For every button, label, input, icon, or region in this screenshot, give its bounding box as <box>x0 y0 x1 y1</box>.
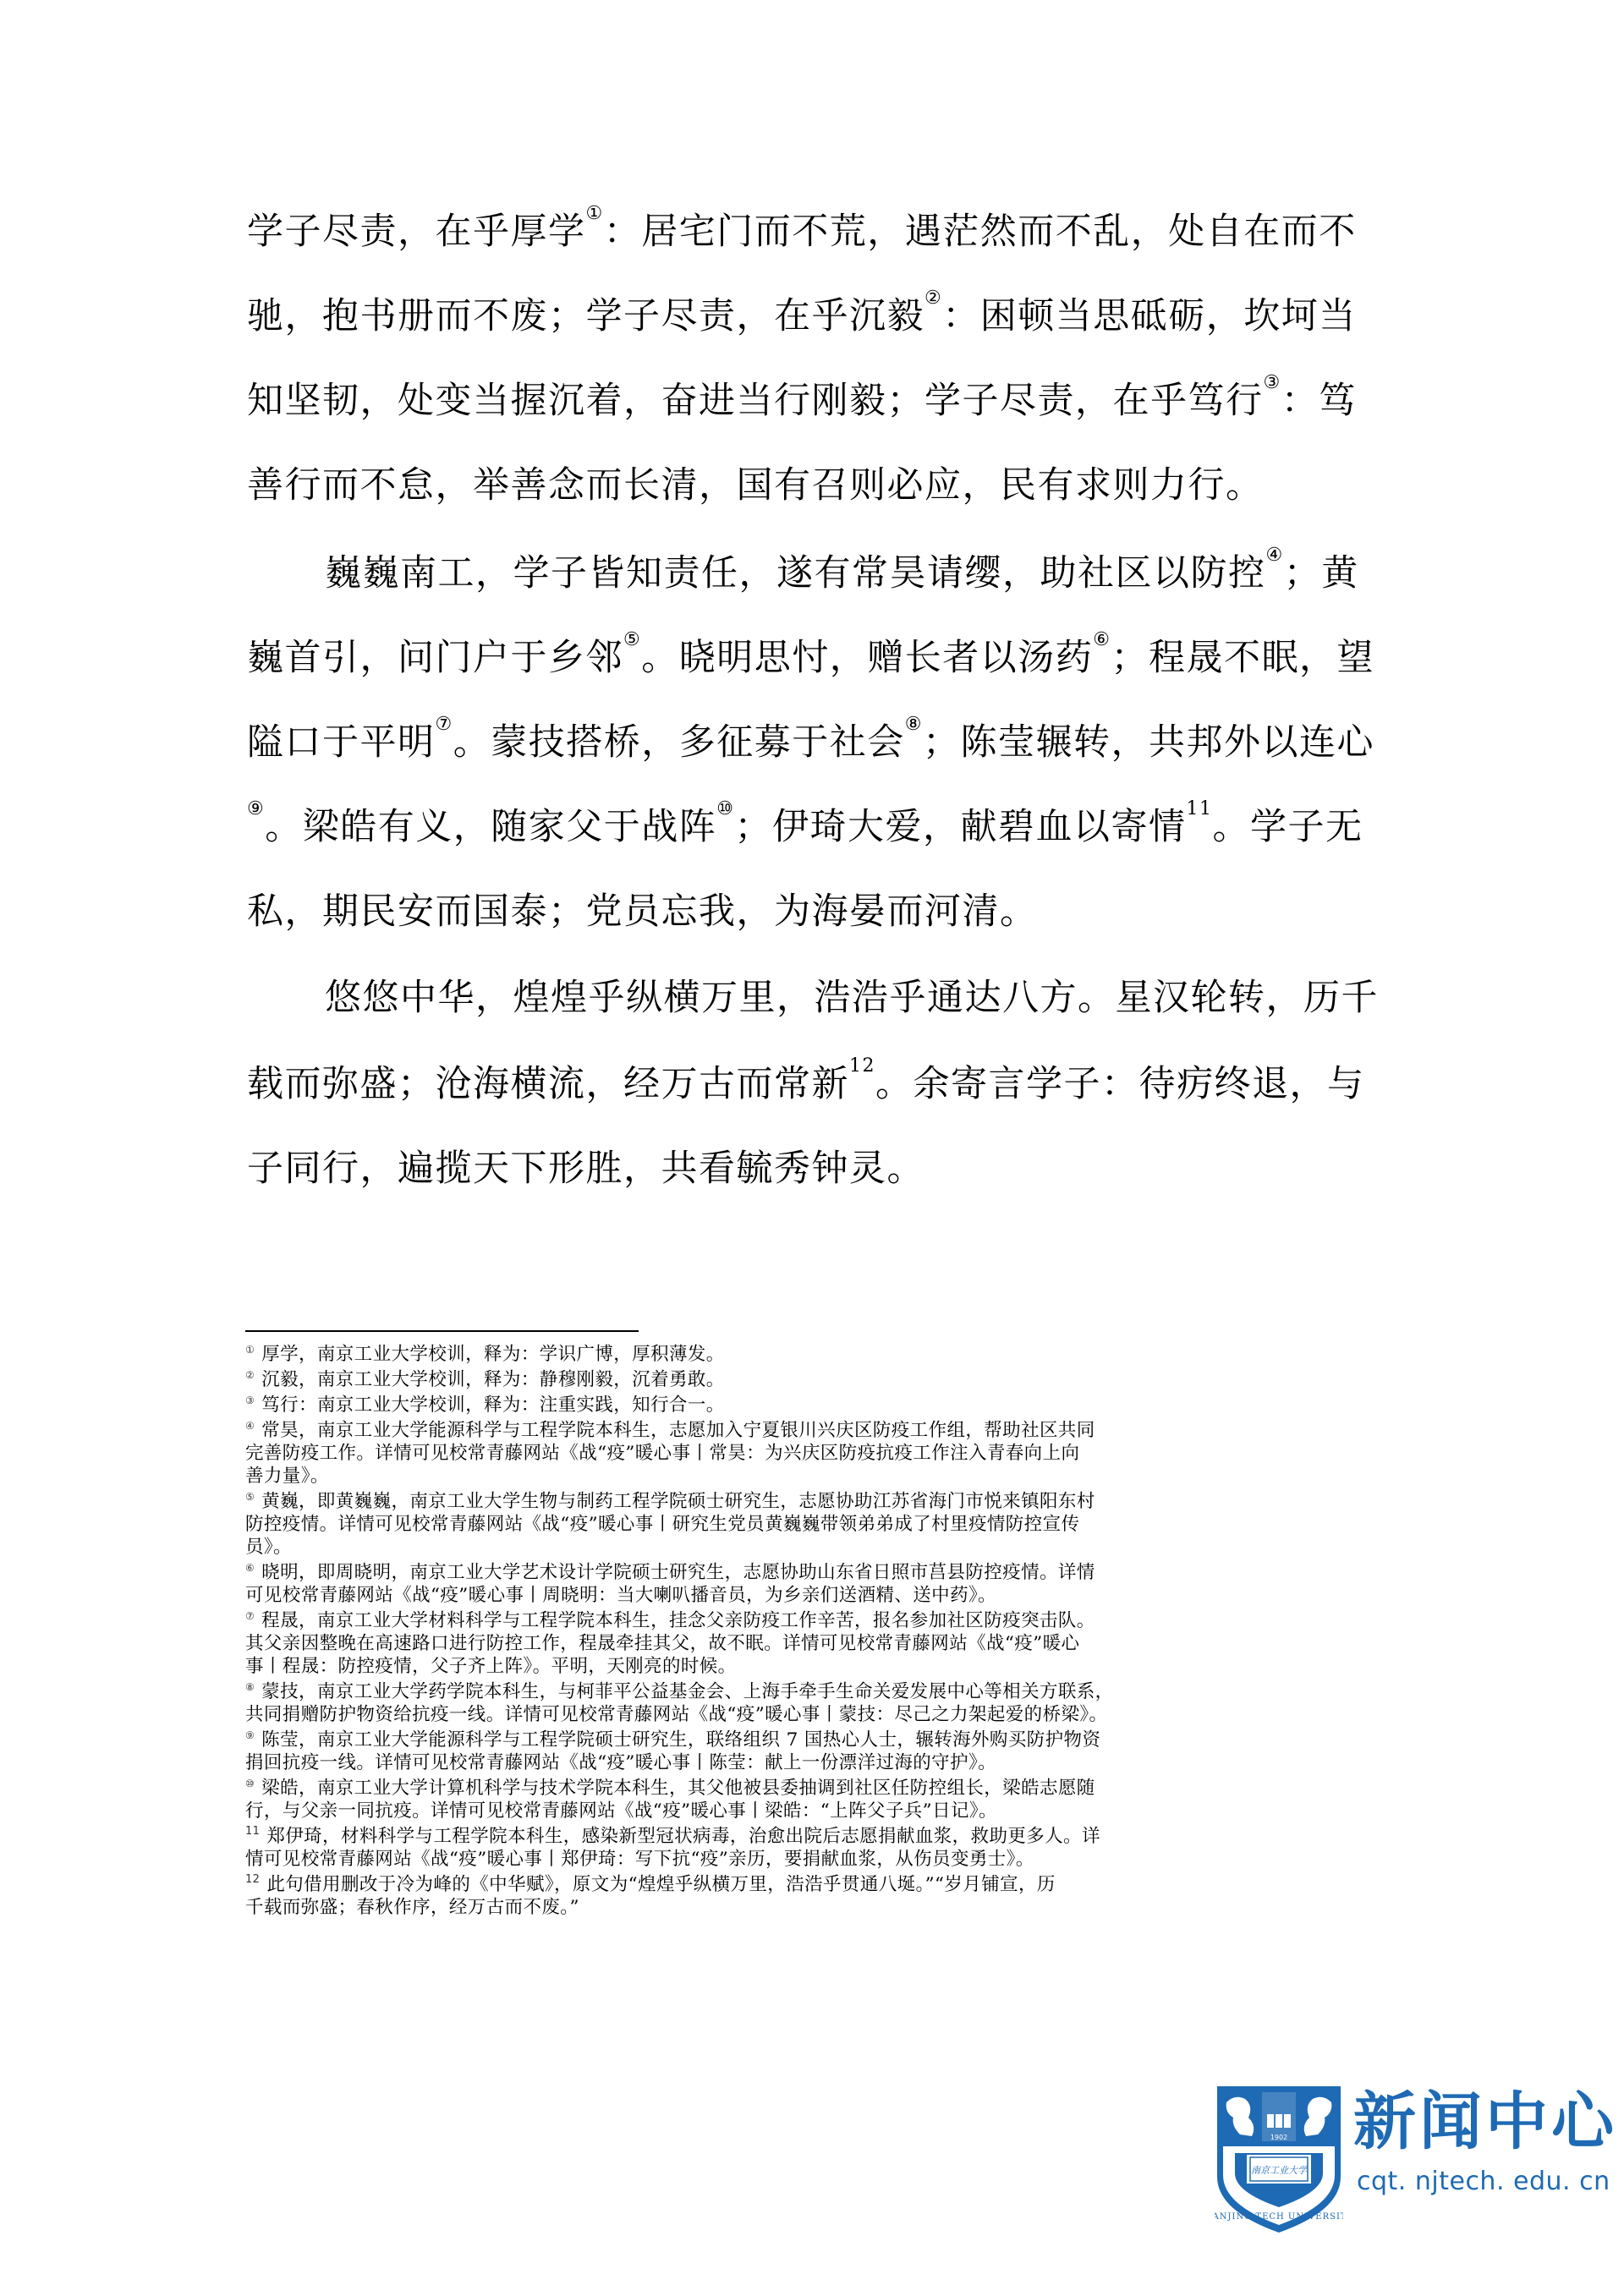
footnote-reference[interactable]: ⑨ <box>247 798 265 819</box>
body-text-segment: ；伊琦大爱，献碧血以寄情 <box>734 806 1186 848</box>
footnote-text: 晓明，即周晓明，南京工业大学艺术设计学院硕士研究生，志愿协助山东省日照市莒县防控… <box>261 1562 1095 1583</box>
body-text-segment: 。蒙技搭桥，多征募于社会 <box>453 721 905 764</box>
footnote-line: ⑨陈莹，南京工业大学能源科学与工程学院硕士研究生，联络组织 7 国热心人士，辗转… <box>245 1729 1383 1751</box>
footnote-line: ②沉毅，南京工业大学校训，释为：静穆刚毅，沉着勇敢。 <box>245 1368 1383 1391</box>
body-line: 巍首引，问门户于乡邻⑤。晓明思忖，赠长者以汤药⑥；程晟不眠，望 <box>247 633 1380 683</box>
footnote-text: 黄巍，即黄巍巍，南京工业大学生物与制药工程学院硕士研究生，志愿协助江苏省海门市悦… <box>261 1491 1095 1512</box>
body-text-segment: 学子尽责，在乎厚学 <box>247 211 586 253</box>
body-line: 悠悠中华，煌煌乎纵横万里，浩浩乎通达八方。星汉轮转，历千 <box>325 973 1458 1023</box>
body-text-segment: ；陈莹辗转，共邦外以连心 <box>923 721 1374 764</box>
body-text-segment: 善行而不怠，举善念而长清，国有召则必应，民有求则力行。 <box>247 464 1264 507</box>
footnote-line: 善力量》。 <box>245 1465 1383 1488</box>
body-text-segment: 私，期民安而国泰；党员忘我，为海晏而河清。 <box>247 890 1038 933</box>
footnote-line: 行，与父亲一同抗疫。详情可见校常青藤网站《战“疫”暖心事丨梁皓：“上阵父子兵”日… <box>245 1800 1383 1822</box>
footnote-reference[interactable]: ⑥ <box>1093 629 1111 650</box>
footnote-marker: ④ <box>245 1420 255 1432</box>
footnote-line: ①厚学，南京工业大学校训，释为：学识广博，厚积薄发。 <box>245 1343 1383 1366</box>
footnote-reference[interactable]: 11 <box>1186 798 1212 819</box>
footnote-marker: ⑩ <box>245 1778 255 1789</box>
body-text-segment: ；黄 <box>1284 552 1359 595</box>
nanjing-tech-university-shield-icon: 南京工业大学 1902 NANJING TECH UNIVERSITY <box>1215 2084 1343 2234</box>
footnote-line: 共同捐赠防护物资给抗疫一线。详情可见校常青藤网站《战“疫”暖心事丨蒙技：尽己之力… <box>245 1703 1383 1726</box>
body-text-segment: 。梁皓有义，随家父于战阵 <box>265 806 716 848</box>
body-text-segment: 隘口于平明 <box>247 721 436 764</box>
news-center-url: cqt. njtech. edu. cn <box>1357 2167 1610 2197</box>
document-page: 学子尽责，在乎厚学①：居宅门而不荒，遇茫然而不乱，处自在而不驰，抱书册而不废；学… <box>0 0 1624 2296</box>
footnote-line: 事丨程晟：防控疫情，父子齐上阵》。平明，天刚亮的时候。 <box>245 1655 1383 1678</box>
footnote-marker: ⑧ <box>245 1681 255 1693</box>
footnote-marker: 12 <box>245 1873 260 1886</box>
footnote-text: 此句借用删改于冷为峰的《中华赋》，原文为“煌煌乎纵横万里，浩浩乎贯通八埏。”“岁… <box>266 1874 1055 1895</box>
footnote-line: 千载而弥盛；春秋作序，经万古而不废。” <box>245 1896 1383 1919</box>
footnote-text: 行，与父亲一同抗疫。详情可见校常青藤网站《战“疫”暖心事丨梁皓：“上阵父子兵”日… <box>245 1800 997 1822</box>
footnote-text: 员》。 <box>245 1537 292 1558</box>
footnote-line: ⑥晓明，即周晓明，南京工业大学艺术设计学院硕士研究生，志愿协助山东省日照市莒县防… <box>245 1561 1383 1584</box>
footnote-line: 情可见校常青藤网站《战“疫”暖心事丨郑伊琦：写下抗“疫”亲历，要捐献血浆，从伤员… <box>245 1848 1383 1871</box>
footnote-reference[interactable]: ⑩ <box>716 798 734 819</box>
footnote-marker: ② <box>245 1369 255 1381</box>
body-text-segment: 驰，抱书册而不废；学子尽责，在乎沉毅 <box>247 295 924 337</box>
footnote-text: 厚学，南京工业大学校训，释为：学识广博，厚积薄发。 <box>261 1344 725 1365</box>
svg-text:1902: 1902 <box>1270 2134 1287 2141</box>
body-line: 子同行，遍揽天下形胜，共看毓秀钟灵。 <box>247 1143 1380 1194</box>
footnote-line: 防控疫情。详情可见校常青藤网站《战“疫”暖心事丨研究生党员黄巍巍带领弟弟成了村里… <box>245 1513 1383 1536</box>
footnote-line: ⑧蒙技，南京工业大学药学院本科生，与柯菲平公益基金会、上海手牵手生命关爱发展中心… <box>245 1680 1383 1703</box>
footnote-text: 蒙技，南京工业大学药学院本科生，与柯菲平公益基金会、上海手牵手生命关爱发展中心等… <box>261 1681 1113 1702</box>
footnote-text: 事丨程晟：防控疫情，父子齐上阵》。平明，天刚亮的时候。 <box>245 1656 737 1677</box>
footnote-text: 陈莹，南京工业大学能源科学与工程学院硕士研究生，联络组织 7 国热心人士，辗转海… <box>261 1729 1100 1751</box>
footnote-text: 程晟，南京工业大学材料科学与工程学院本科生，挂念父亲防疫工作辛苦，报名参加社区防… <box>261 1610 1095 1631</box>
body-text-segment: 。学子无 <box>1212 806 1363 848</box>
footnote-line: 完善防疫工作。详情可见校常青藤网站《战“疫”暖心事丨常昊：为兴庆区防疫抗疫工作注… <box>245 1442 1383 1465</box>
footnote-line: 可见校常青藤网站《战“疫”暖心事丨周晓明：当大喇叭播音员，为乡亲们送酒精、送中药… <box>245 1584 1383 1607</box>
footnote-text: 其父亲因整晚在高速路口进行防控工作，程晟牵挂其父，故不眠。详情可见校常青藤网站《… <box>245 1633 1079 1654</box>
footnote-marker: ⑦ <box>245 1610 255 1622</box>
footnote-reference[interactable]: ⑧ <box>905 714 923 735</box>
footnote-reference[interactable]: 12 <box>849 1055 875 1077</box>
body-text-segment: 巍首引，问门户于乡邻 <box>247 637 623 679</box>
body-text-segment: ：困顿当思砥砺，坎坷当 <box>942 295 1357 337</box>
footnote-text: 善力量》。 <box>245 1466 329 1487</box>
body-line: 载而弥盛；沧海横流，经万古而常新12。余寄言学子：待疠终退，与 <box>247 1059 1380 1110</box>
body-text-segment: ：居宅门而不荒，遇茫然而不乱，处自在而不 <box>604 211 1357 253</box>
body-line: ⑨。梁皓有义，随家父于战阵⑩；伊琦大爱，献碧血以寄情11。学子无 <box>247 802 1380 852</box>
footnote-text: 情可见校常青藤网站《战“疫”暖心事丨郑伊琦：写下抗“疫”亲历，要捐献血浆，从伤员… <box>245 1849 1034 1870</box>
footnote-marker: ③ <box>245 1395 255 1406</box>
footnote-text: 防控疫情。详情可见校常青藤网站《战“疫”暖心事丨研究生党员黄巍巍带领弟弟成了村里… <box>245 1514 1079 1535</box>
news-center-title: 新闻中心 <box>1353 2085 1617 2158</box>
footnote-marker: ⑤ <box>245 1491 255 1503</box>
footnote-line: ⑦程晟，南京工业大学材料科学与工程学院本科生，挂念父亲防疫工作辛苦，报名参加社区… <box>245 1609 1383 1632</box>
body-line: 驰，抱书册而不废；学子尽责，在乎沉毅②：困顿当思砥砺，坎坷当 <box>247 291 1380 342</box>
footnote-line: 捐回抗疫一线。详情可见校常青藤网站《战“疫”暖心事丨陈莹：献上一份漂洋过海的守护… <box>245 1751 1383 1774</box>
body-text-segment: 子同行，遍揽天下形胜，共看毓秀钟灵。 <box>247 1148 924 1190</box>
body-text-segment: 。晓明思忖，赠长者以汤药 <box>641 637 1093 679</box>
footnote-marker: ⑨ <box>245 1729 255 1741</box>
svg-text:NANJING TECH UNIVERSITY: NANJING TECH UNIVERSITY <box>1215 2212 1343 2222</box>
body-line: 私，期民安而国泰；党员忘我，为海晏而河清。 <box>247 886 1380 937</box>
footnote-text: 共同捐赠防护物资给抗疫一线。详情可见校常青藤网站《战“疫”暖心事丨蒙技：尽己之力… <box>245 1704 1107 1725</box>
news-center-logo: 南京工业大学 1902 NANJING TECH UNIVERSITY 新闻中心… <box>1215 2084 1621 2236</box>
footnote-line: 员》。 <box>245 1536 1383 1559</box>
body-text-segment: 。余寄言学子：待疠终退，与 <box>875 1063 1365 1105</box>
footnote-reference[interactable]: ⑤ <box>623 629 641 650</box>
footnote-line: 11郑伊琦，材料科学与工程学院本科生，感染新型冠状病毒，治愈出院后志愿捐献血浆，… <box>245 1825 1383 1848</box>
body-text-segment: 悠悠中华，煌煌乎纵横万里，浩浩乎通达八方。星汉轮转，历千 <box>325 977 1379 1019</box>
footnote-marker: 11 <box>245 1825 260 1838</box>
body-line: 巍巍南工，学子皆知责任，遂有常昊请缨，助社区以防控④；黄 <box>325 548 1458 599</box>
footnote-text: 沉毅，南京工业大学校训，释为：静穆刚毅，沉着勇敢。 <box>261 1369 725 1390</box>
footnote-text: 梁皓，南京工业大学计算机科学与技术学院本科生，其父他被县委抽调到社区任防控组长，… <box>261 1778 1095 1799</box>
footnote-text: 捐回抗疫一线。详情可见校常青藤网站《战“疫”暖心事丨陈莹：献上一份漂洋过海的守护… <box>245 1752 996 1773</box>
footnote-marker: ⑥ <box>245 1562 255 1574</box>
body-text-segment: 载而弥盛；沧海横流，经万古而常新 <box>247 1063 849 1105</box>
body-line: 知坚韧，处变当握沉着，奋进当行刚毅；学子尽责，在乎笃行③：笃 <box>247 375 1380 426</box>
footnote-line: 12此句借用删改于冷为峰的《中华赋》，原文为“煌煌乎纵横万里，浩浩乎贯通八埏。”… <box>245 1873 1383 1896</box>
body-line: 学子尽责，在乎厚学①：居宅门而不荒，遇茫然而不乱，处自在而不 <box>247 206 1380 257</box>
footnote-line: 其父亲因整晚在高速路口进行防控工作，程晟牵挂其父，故不眠。详情可见校常青藤网站《… <box>245 1632 1383 1655</box>
footnote-reference[interactable]: ⑦ <box>436 714 453 735</box>
svg-text:南京工业大学: 南京工业大学 <box>1251 2165 1309 2176</box>
body-text-segment: ：笃 <box>1281 380 1357 422</box>
footnote-line: ⑩梁皓，南京工业大学计算机科学与技术学院本科生，其父他被县委抽调到社区任防控组长… <box>245 1777 1383 1800</box>
footnote-marker: ① <box>245 1344 255 1356</box>
footnote-text: 千载而弥盛；春秋作序，经万古而不废。” <box>245 1897 579 1918</box>
body-text-segment: ；程晟不眠，望 <box>1111 637 1374 679</box>
footnote-text: 可见校常青藤网站《战“疫”暖心事丨周晓明：当大喇叭播音员，为乡亲们送酒精、送中药… <box>245 1585 996 1606</box>
footnote-reference[interactable]: ③ <box>1264 372 1281 393</box>
footnote-reference[interactable]: ① <box>586 203 604 224</box>
footnote-line: ④常昊，南京工业大学能源科学与工程学院本科生，志愿加入宁夏银川兴庆区防疫工作组，… <box>245 1419 1383 1442</box>
footnote-separator <box>245 1330 639 1332</box>
body-text-segment: 巍巍南工，学子皆知责任，遂有常昊请缨，助社区以防控 <box>325 552 1266 595</box>
body-line: 隘口于平明⑦。蒙技搭桥，多征募于社会⑧；陈莹辗转，共邦外以连心 <box>247 717 1380 768</box>
footnote-line: ③笃行：南京工业大学校训，释为：注重实践，知行合一。 <box>245 1394 1383 1417</box>
footnote-line: ⑤黄巍，即黄巍巍，南京工业大学生物与制药工程学院硕士研究生，志愿协助江苏省海门市… <box>245 1490 1383 1513</box>
footnote-text: 完善防疫工作。详情可见校常青藤网站《战“疫”暖心事丨常昊：为兴庆区防疫抗疫工作注… <box>245 1443 1079 1464</box>
footnote-text: 郑伊琦，材料科学与工程学院本科生，感染新型冠状病毒，治愈出院后志愿捐献血浆，救助… <box>266 1826 1100 1847</box>
body-text-segment: 知坚韧，处变当握沉着，奋进当行刚毅；学子尽责，在乎笃行 <box>247 380 1264 422</box>
body-line: 善行而不怠，举善念而长清，国有召则必应，民有求则力行。 <box>247 460 1380 511</box>
footnote-reference[interactable]: ④ <box>1266 545 1284 566</box>
footnote-text: 笃行：南京工业大学校训，释为：注重实践，知行合一。 <box>261 1395 725 1416</box>
footnote-text: 常昊，南京工业大学能源科学与工程学院本科生，志愿加入宁夏银川兴庆区防疫工作组，帮… <box>261 1420 1095 1441</box>
footnote-reference[interactable]: ② <box>924 288 942 309</box>
